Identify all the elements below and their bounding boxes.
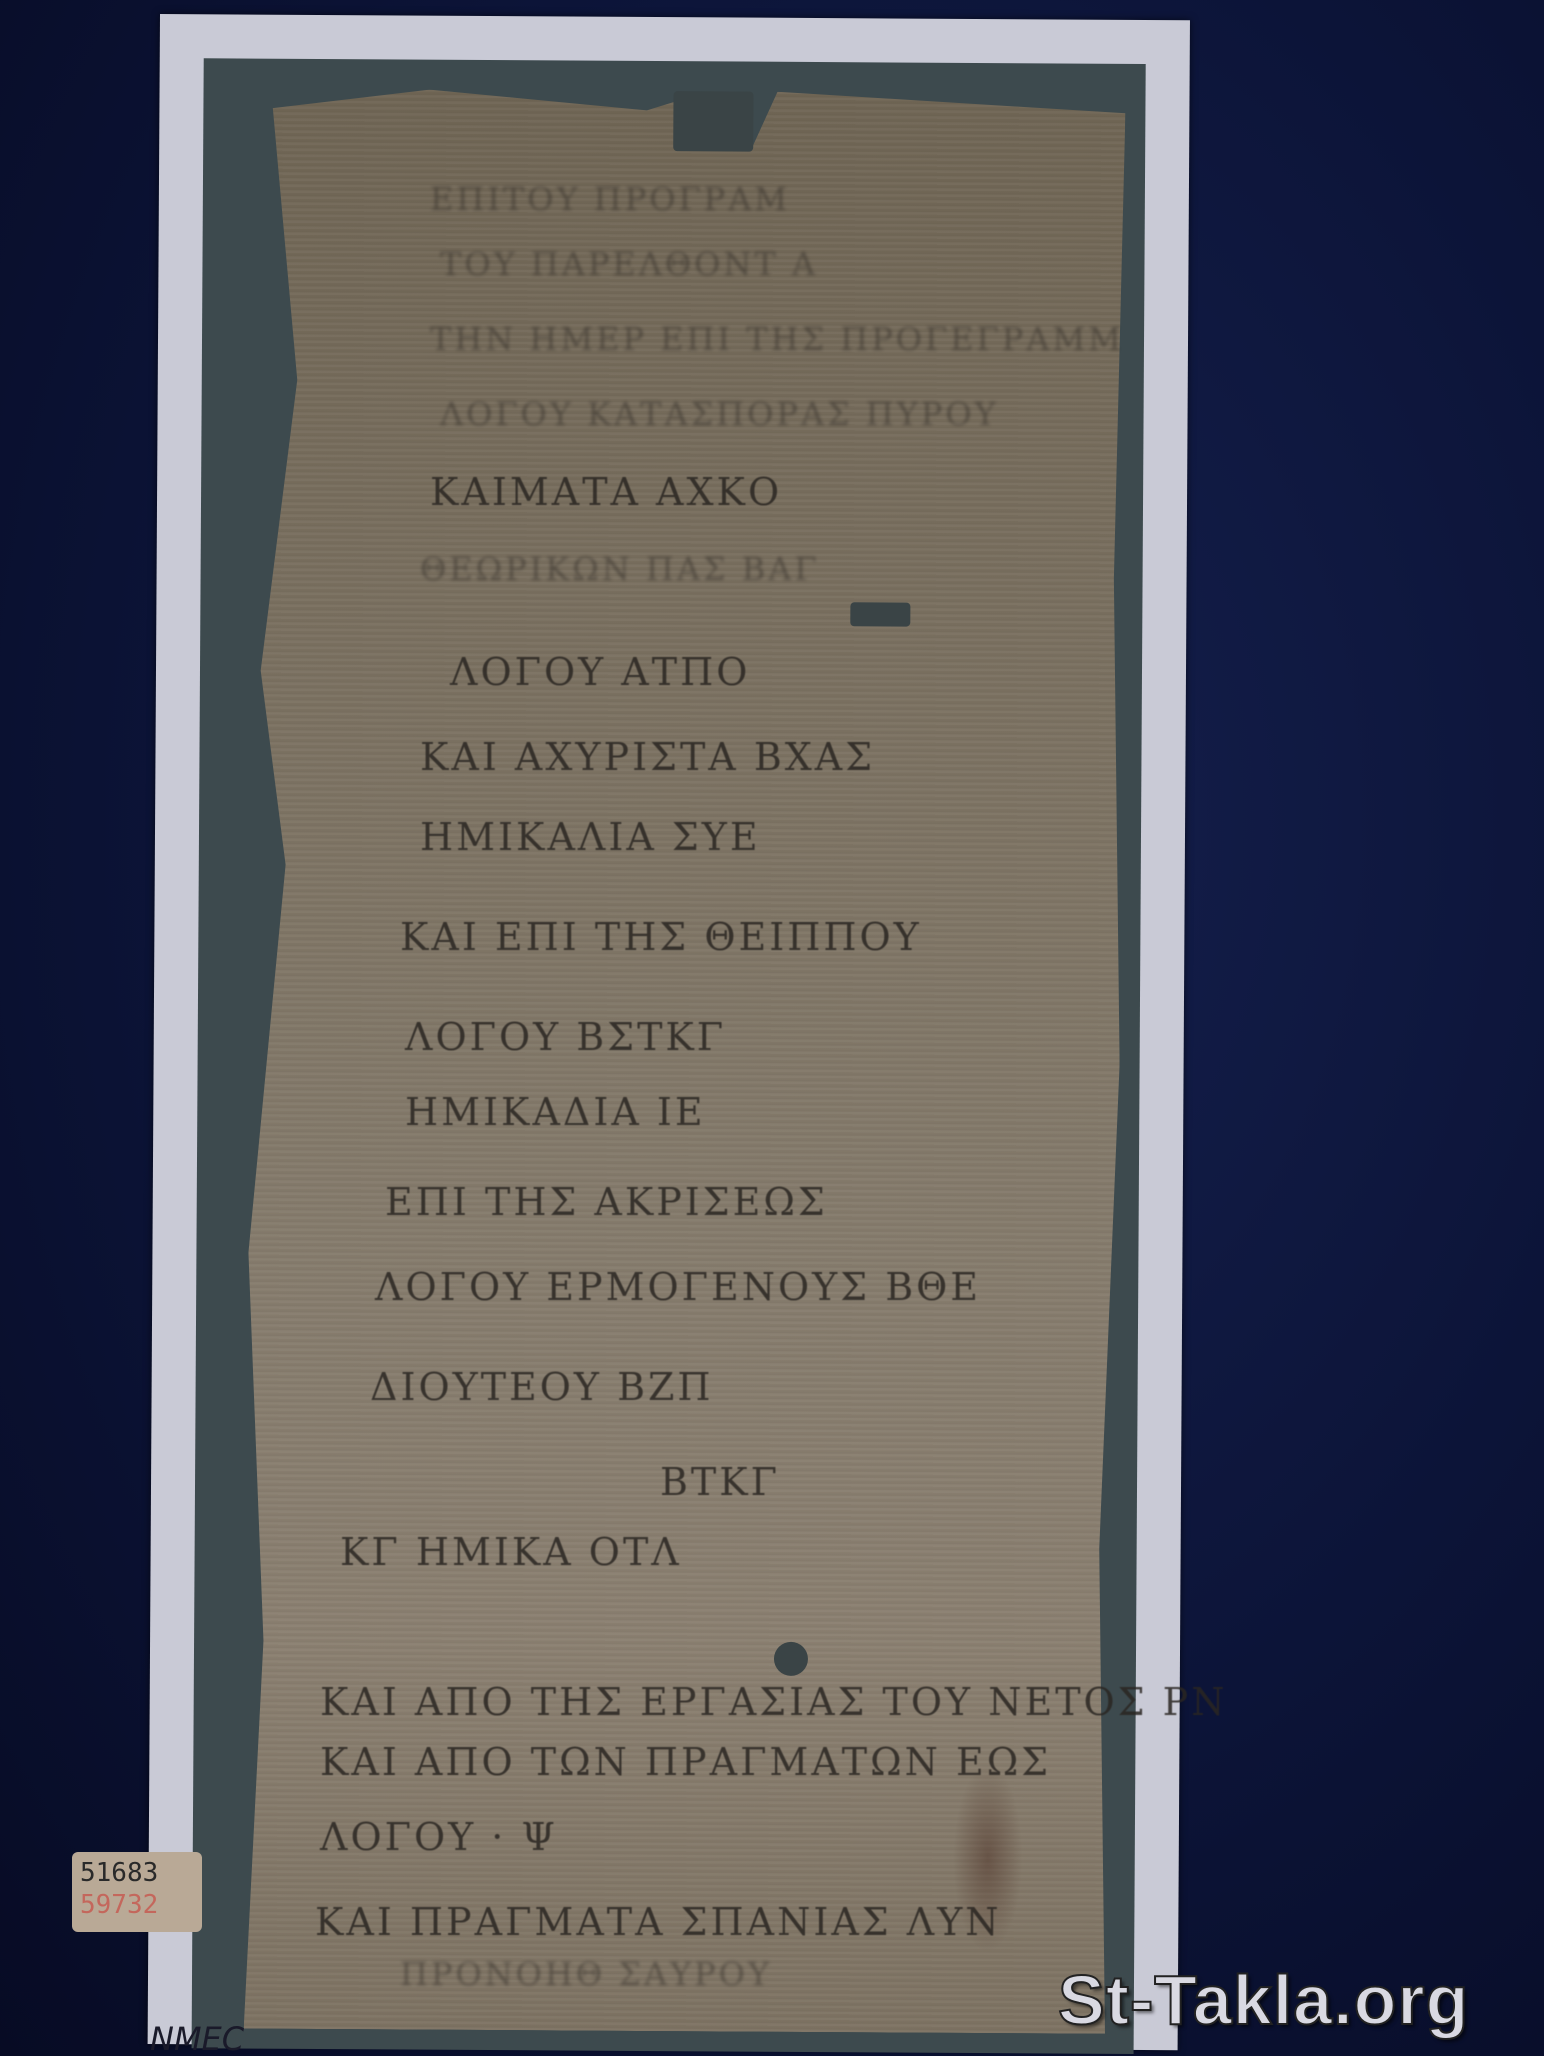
collection-code: NMEC <box>150 2020 244 2056</box>
papyrus-line: ΔΙΟΥΤΕΟΥ ΒΖΠ <box>370 1365 714 1409</box>
watermark: St-Takla.org <box>1058 1960 1469 2040</box>
papyrus-line: ΛΟΓΟΥ ΑΤΠΟ <box>450 650 750 694</box>
papyrus-hole <box>850 602 910 626</box>
papyrus-hole <box>774 1642 808 1676</box>
inventory-number: 51683 <box>80 1856 194 1890</box>
papyrus-line: ΚΑΙ ΑΠΟ ΤΩΝ ΠΡΑΓΜΑΤΩΝ ΕΩΣ <box>320 1740 1051 1784</box>
papyrus-line: ΛΟΓΟΥ ΒΣΤΚΓ <box>405 1015 726 1059</box>
papyrus-line: ΗΜΙΚΑΛΙΑ ΣΥΕ <box>420 815 761 859</box>
papyrus-line: ΘΕΩΡΙΚΩΝ ΠΑΣ ΒΑΓ <box>420 550 820 588</box>
papyrus-line: ΤΟΥ ΠΑΡΕΛΘΟΝΤ Α <box>440 245 818 283</box>
papyrus-line: ΗΜΙΚΑΔΙΑ ΙΕ <box>405 1090 706 1134</box>
papyrus-line: ΤΗΝ ΗΜΕΡ ΕΠΙ ΤΗΣ ΠΡΟΓΕΓΡΑΜΜ <box>430 320 1124 358</box>
papyrus-line: ΚΑΙ ΑΠΟ ΤΗΣ ΕΡΓΑΣΙΑΣ ΤΟΥ ΝΕΤΟΣ ΡΝ <box>320 1680 1227 1724</box>
papyrus-line: ΛΟΓΟΥ · Ψ <box>320 1815 558 1859</box>
papyrus-line: ΚΑΙ ΕΠΙ ΤΗΣ ΘΕΙΠΠΟΥ <box>400 915 922 959</box>
papyrus-line: ΛΟΓΟΥ ΚΑΤΑΣΠΟΡΑΣ ΠΥΡΟΥ <box>440 395 999 433</box>
papyrus-line: ΚΑΙΜΑΤΑ ΑΧΚΟ <box>430 470 782 514</box>
papyrus-line: ΕΠΙ ΤΗΣ ΑΚΡΙΣΕΩΣ <box>385 1180 828 1224</box>
papyrus-line: ΛΟΓΟΥ ΕΡΜΟΓΕΝΟΥΣ ΒΘΕ <box>375 1265 981 1309</box>
inventory-label: 51683 59732 <box>72 1852 202 1932</box>
papyrus-hole <box>673 91 753 151</box>
papyrus-line: ΒΤΚΓ <box>660 1460 780 1504</box>
papyrus-line: ΕΠΙΤΟΥ ΠΡΟΓΡΑΜ <box>430 180 790 218</box>
papyrus-line: ΚΓ ΗΜΙΚΑ ΟΤΛ <box>340 1530 682 1574</box>
papyrus-line: ΚΑΙ ΑΧΥΡΙΣΤΑ ΒΧΑΣ <box>420 735 875 779</box>
papyrus-line: ΠΡΟΝΟΗΘ ΣΑΥΡΟΥ <box>400 1955 772 1993</box>
papyrus-line: ΚΑΙ ΠΡΑΓΜΑΤΑ ΣΠΑΝΙΑΣ ΛΥΝ <box>315 1900 1002 1944</box>
secondary-number: 59732 <box>80 1890 194 1920</box>
